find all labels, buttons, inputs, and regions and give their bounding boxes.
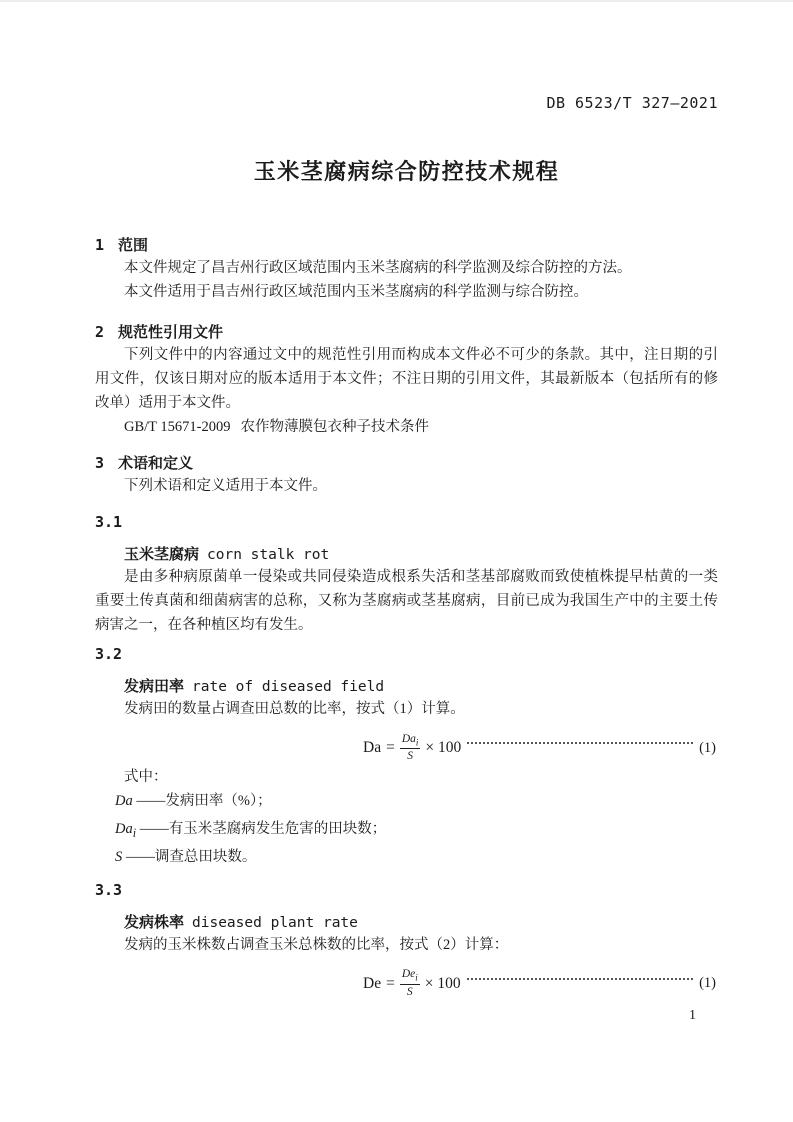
clause-3-3-number: 3.3 [95, 880, 718, 900]
term-3-1-definition: 是由多种病原菌单一侵染或共同侵染造成根系失活和茎基部腐败而致使植株提早枯黄的一类… [95, 565, 718, 637]
term-3-2-en: rate of diseased field [192, 679, 384, 695]
where-label: 式中： [95, 765, 718, 789]
section-3-heading: 3术语和定义 [95, 453, 718, 474]
formula-2-fraction: Dei S [400, 968, 420, 999]
reference-item: GB/T 15671-2009农作物薄膜包衣种子技术条件 [95, 415, 718, 439]
term-3-2-intro: 发病田的数量占调查田总数的比率，按式（1）计算。 [95, 697, 718, 721]
where-item-da: Da ——发病田率（%）； [95, 789, 718, 817]
where-item-dai: Dai ——有玉米茎腐病发生危害的田块数； [95, 817, 718, 845]
section-1-heading: 1范围 [95, 235, 718, 256]
section-3-title: 术语和定义 [118, 455, 193, 472]
term-3-1-en: corn stalk rot [207, 547, 329, 563]
formula-2-lhs: De [363, 975, 381, 993]
doc-code: DB 6523/T 327—2021 [95, 95, 718, 111]
formula-1-expression: Da = Dai S × 100 [363, 733, 461, 764]
references-paragraph: 下列文件中的内容通过文中的规范性引用而构成本文件必不可少的条款。其中，注日期的引… [95, 343, 718, 415]
scope-paragraph-1: 本文件规定了昌吉州行政区域范围内玉米茎腐病的科学监测及综合防控的方法。 [95, 256, 718, 280]
section-1-number: 1 [95, 236, 104, 254]
formula-1-row: Da = Dai S × 100 (1) [95, 731, 718, 765]
term-3-3-en: diseased plant rate [192, 915, 358, 931]
section-2-title: 规范性引用文件 [118, 324, 223, 341]
formula-2-label: (1) [699, 975, 716, 992]
section-1-title: 范围 [118, 237, 148, 254]
term-3-3-intro: 发病的玉米株数占调查玉米总株数的比率，按式（2）计算： [95, 933, 718, 957]
term-3-3-zh: 发病株率 [124, 914, 184, 931]
formula-2-row: De = Dei S × 100 (1) [95, 967, 718, 1001]
dotted-leader [467, 978, 693, 980]
reference-title: 农作物薄膜包衣种子技术条件 [240, 419, 429, 435]
formula-2-denominator: S [407, 985, 413, 999]
section-3-number: 3 [95, 454, 104, 472]
formula-1-numerator: Dai [400, 733, 421, 750]
terms-intro: 下列术语和定义适用于本文件。 [95, 474, 718, 498]
formula-1-denominator: S [407, 749, 413, 763]
formula-1-lhs: Da [363, 739, 381, 757]
formula-2-equals: = [386, 975, 395, 993]
reference-code: GB/T 15671-2009 [124, 419, 230, 435]
dotted-leader [467, 742, 693, 744]
where-item-s: S ——调查总田块数。 [95, 845, 718, 873]
term-3-2-zh: 发病田率 [124, 678, 184, 695]
formula-1-factor: × 100 [425, 739, 461, 757]
section-2-number: 2 [95, 323, 104, 341]
formula-2-expression: De = Dei S × 100 [363, 968, 461, 999]
page-number: 1 [95, 1007, 718, 1025]
scope-paragraph-2: 本文件适用于昌吉州行政区域范围内玉米茎腐病的科学监测与综合防控。 [95, 280, 718, 304]
formula-1-fraction: Dai S [400, 733, 421, 764]
term-3-2: 发病田率rate of diseased field [95, 677, 718, 697]
term-3-1-zh: 玉米茎腐病 [124, 546, 199, 563]
section-2-heading: 2规范性引用文件 [95, 322, 718, 343]
formula-2-numerator: Dei [400, 968, 420, 985]
document-page: DB 6523/T 327—2021 玉米茎腐病综合防控技术规程 1范围 本文件… [0, 0, 793, 1122]
clause-3-2-number: 3.2 [95, 644, 718, 664]
clause-3-1-number: 3.1 [95, 512, 718, 532]
term-3-3: 发病株率diseased plant rate [95, 913, 718, 933]
formula-1-label: (1) [699, 740, 716, 757]
term-3-1: 玉米茎腐病corn stalk rot [95, 545, 718, 565]
formula-2-factor: × 100 [425, 975, 461, 993]
doc-title: 玉米茎腐病综合防控技术规程 [95, 156, 718, 188]
formula-1-equals: = [386, 739, 395, 757]
